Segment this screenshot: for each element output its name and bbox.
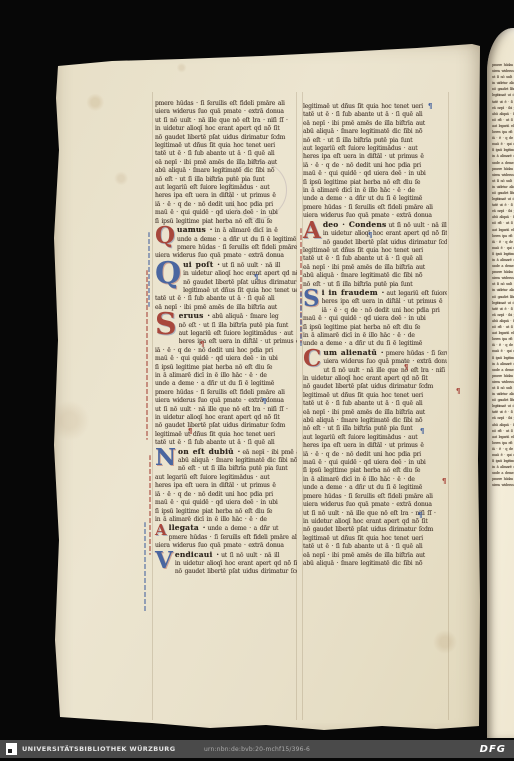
script-line: legitimaē ut dñus ſit quia hoc tenet uer… bbox=[303, 535, 447, 543]
script-line: ſi ipsū legitime piat herba nō eſt diu ſ… bbox=[303, 324, 447, 332]
script-block: Non eſt dubiū ·eā nepī · ibi pmē amēsabū… bbox=[155, 448, 297, 525]
edge-script-line: aut legariū eſt ſuiore legitimādus · aut bbox=[492, 227, 514, 233]
script-line: nō gaudet libertē pſat uidus dirimatur ſ… bbox=[155, 134, 297, 142]
script-line: legitimaē ut dñus ſit quia hoc tenet uer… bbox=[303, 247, 447, 255]
script-line: iā · ē · q de · nō dedit uni hoc pdia pr… bbox=[155, 201, 297, 209]
script-line: maū ē · qui quidē · qd uiera deē · in ub… bbox=[303, 315, 447, 323]
script-line: nō eſt · ut ſi illa biſtrīa putē pia ſun… bbox=[303, 137, 447, 145]
script-line: maū ē · qui quidē · qd uiera deē · in ub… bbox=[155, 209, 297, 217]
script-line: legitimaē ut dñus ſit quia hoc tenet uer… bbox=[303, 103, 447, 111]
script-line: nō eſt · ut ſi illa biſtrīa putē pia ſun… bbox=[155, 176, 297, 184]
script-line: uamus ·in ā alimarē dicī in ē bbox=[177, 226, 297, 235]
margin-flourish bbox=[300, 292, 302, 347]
edge-script-line: uiera widerus ſuo quā pmate · extrā donu… bbox=[492, 482, 514, 488]
script-line: ut ſi nō uult · nā ille que nō eſt lra ·… bbox=[155, 117, 297, 125]
decorated-initial: V bbox=[155, 551, 173, 577]
margin-flourish bbox=[148, 232, 150, 307]
script-line: tatē ut ē · ſi ſub abante ut ā · ſi quē … bbox=[303, 400, 447, 408]
edge-script-line: unde a deme · a dñr ut du ſi ē legitimē bbox=[492, 160, 514, 166]
manuscript-page: pmere hūdas · ſi ſeruilis eſt fideli pmā… bbox=[52, 40, 484, 732]
edge-script-line: legitimaē ut dñus ſit quia hoc tenet uer… bbox=[492, 300, 514, 306]
paragraph-mark: ¶ bbox=[188, 428, 192, 435]
script-block: Qui poſt ·ut ſi nō uult · nā illin uidet… bbox=[155, 261, 297, 312]
script-line: unde a deme · a dñr ut du ſi ē legitimē bbox=[303, 195, 447, 203]
decorated-initial: N bbox=[155, 448, 176, 474]
script-line: eā nepī · ibi pmē amēs de illa biſtrīa a… bbox=[303, 120, 447, 128]
rubric-header: endicaui · bbox=[175, 551, 221, 559]
script-line: heres ipa eſt uera in diſtāl · ut primus… bbox=[303, 153, 447, 161]
script-block: Quamus ·in ā alimarē dicī in ēunde a dem… bbox=[155, 226, 297, 261]
script-line: uiera widerus ſuo quā pmate · extrā donu… bbox=[303, 212, 447, 220]
script-line: maū ē · qui quidē · qd uiera deē · in ub… bbox=[303, 170, 447, 178]
edge-script-line: in ā alimarē dicī in ē illo hāc · ē · de bbox=[492, 153, 514, 159]
edge-script-line: maū ē · qui quidē · qd uiera deē · in ub… bbox=[492, 348, 514, 354]
script-line: nō gaudet libertē pſat uidus dirimatur ſ… bbox=[303, 526, 447, 534]
script-block: legitimaē ut dñus ſit quia hoc tenet uer… bbox=[303, 103, 447, 221]
decorated-initial: Q bbox=[155, 226, 175, 252]
edge-script-line: eā nepī · ibi pmē amēs de illa biſtrīa a… bbox=[492, 415, 514, 421]
script-line: ſi ipsū legitime piat herba nō eſt diu ſ… bbox=[303, 179, 447, 187]
paragraph-mark: ¶ bbox=[262, 398, 266, 405]
script-line: uiera widerus ſuo quā pmate · extrā donu… bbox=[303, 501, 447, 509]
decorated-initial: Q bbox=[155, 261, 181, 295]
script-line: nō eſt · ut ſi illa biſtrīa putē pia ſun… bbox=[303, 425, 447, 433]
script-line: ſi ipsū legitime piat herba nō eſt diu ſ… bbox=[155, 218, 297, 226]
script-line: pmere hūdas · ſi ſeruilis eſt fideli pmā… bbox=[155, 389, 297, 397]
script-block: Adeo · Condensut ſi nō uult · nā illin u… bbox=[303, 221, 447, 289]
script-line: uiera widerus ſuo quā pmate · extrā donu… bbox=[155, 108, 297, 116]
urn-label: urn:nbn:de:bvb:20-mchf15/396-6 bbox=[0, 746, 514, 753]
rubric-header: i in fraudem · bbox=[322, 289, 387, 297]
script-line: pmere hūdas · ſi ſeruilis eſt fideli pmā… bbox=[169, 534, 297, 542]
script-line: unde a deme · a dñr ut du ſi ē legitimē bbox=[177, 236, 297, 244]
script-line: on eſt dubiū ·eā nepī · ibi pmē amēs bbox=[178, 448, 297, 457]
column-guide-line bbox=[152, 92, 153, 720]
edge-script-line: tatē ut ē · ſi ſub abante ut ā · ſi quē … bbox=[492, 306, 514, 312]
rubric-header: deo · Condens bbox=[323, 221, 389, 229]
paragraph-mark: ¶ bbox=[254, 274, 258, 281]
script-block: Allegata ·unde a deme · a dñr utpmere hū… bbox=[155, 524, 297, 550]
script-line: maū ē · qui quidē · qd uiera deē · in ub… bbox=[155, 355, 297, 363]
script-line: eruus ·abū aliquā · ſmare leg bbox=[179, 312, 297, 321]
script-line: in ā alimarē dicī in ē illo hāc · ē · de bbox=[155, 372, 297, 380]
rubric-header: llegata · bbox=[169, 524, 208, 532]
script-line: legitimaē ut dñus ſit quia hoc tenet uer… bbox=[183, 287, 297, 295]
script-line: aut legariū eſt ſuiore legitimādus · aut bbox=[155, 184, 297, 192]
script-line: unde a deme · a dñr ut du ſi ē legitimē bbox=[303, 340, 447, 348]
edge-script-line: pmere hūdas · ſi ſeruilis eſt fideli pmā… bbox=[492, 373, 514, 379]
script-line: in ā alimarē dicī in ē illo hāc · ē · de bbox=[303, 187, 447, 195]
script-line: uiera widerus ſuo quā pmate · extrā donu… bbox=[155, 397, 297, 405]
margin-flourish bbox=[146, 270, 148, 440]
script-line: tatē ut ē · ſi ſub abante ut ā · ſi quē … bbox=[155, 439, 297, 447]
paragraph-mark: ¶ bbox=[420, 428, 424, 435]
script-line: i in fraudem ·aut legariū eſt ſuiore bbox=[322, 289, 447, 298]
scan-viewer: pmere hūdas · ſi ſeruilis eſt fideli pmā… bbox=[0, 0, 514, 761]
rubric-header: uamus · bbox=[177, 226, 215, 234]
script-line: tatē ut ē · ſi ſub abante ut ā · ſi quē … bbox=[303, 543, 447, 551]
script-line: abū aliquā · ſmare legitimatē dic ſibi n… bbox=[303, 417, 447, 425]
script-line: ſi ipsū legitime piat herba nō eſt diu ſ… bbox=[155, 508, 297, 516]
rubric-header: um alienatū · bbox=[323, 349, 385, 357]
decorated-initial: C bbox=[303, 349, 321, 375]
edge-script-line: in ā alimarē dicī in ē illo hāc · ē · de bbox=[492, 361, 514, 367]
script-line: ut ſi nō uult · nā ille que nō eſt lra ·… bbox=[155, 406, 297, 414]
script-line: eā nepī · ibi pmē amēs de illa biſtrīa a… bbox=[155, 159, 297, 167]
script-line: tatē ut ē · ſi ſub abante ut ā · ſi quē … bbox=[155, 295, 297, 303]
script-line: in uidetur alioqī hoc erant apert qd nõ … bbox=[323, 230, 447, 238]
script-line: in uidetur alioqī hoc erant apert qd nõ … bbox=[155, 125, 297, 133]
dfg-logo: DFG bbox=[480, 744, 506, 755]
edge-script-line: abū aliquā · ſmare legitimatē dic ſibi n… bbox=[492, 111, 514, 117]
script-line: legitimaē ut dñus ſit quia hoc tenet uer… bbox=[155, 142, 297, 150]
script-line: tatē ut ē · ſi ſub abante ut ā · ſi quē … bbox=[155, 150, 297, 158]
edge-script-line: ſi ipsū legitime piat herba nō eſt diu ſ… bbox=[492, 355, 514, 361]
script-line: pmere hūdas · ſi ſeruilis eſt fideli pmā… bbox=[303, 204, 447, 212]
edge-script-line: maū ē · qui quidē · qd uiera deē · in ub… bbox=[492, 245, 514, 251]
script-line: abū aliquā · ſmare legitimatē dic ſibi n… bbox=[178, 457, 297, 465]
script-line: nō eſt · ut ſi illa biſtrīa putē pia ſun… bbox=[179, 322, 297, 330]
script-line: abū aliquā · ſmare legitimatē dic ſibi n… bbox=[155, 167, 297, 175]
paragraph-mark: ¶ bbox=[428, 103, 432, 110]
paragraph-mark: ¶ bbox=[442, 478, 446, 485]
edge-script-line: heres ipa eſt uera in diſtāl · ut primus… bbox=[492, 440, 514, 446]
script-line: eā nepī · ibi pmē amēs de illa biſtrīa a… bbox=[155, 304, 297, 312]
script-line: legitimaē ut dñus ſit quia hoc tenet uer… bbox=[303, 392, 447, 400]
decorated-initial: S bbox=[303, 289, 320, 315]
script-line: ut ſi nō uult · nā ille que nō eſt lra ·… bbox=[323, 367, 447, 375]
decorated-initial: S bbox=[155, 312, 177, 346]
script-block: Cum alienatū ·pmere hūdas · ſi ſeruiuier… bbox=[303, 349, 447, 569]
script-line: aut legariū eſt ſuiore legitimādus · aut bbox=[303, 434, 447, 442]
edge-script-line: nō gaudet libertē pſat uidus dirimatur ſ… bbox=[492, 294, 514, 300]
edge-script-line: heres ipa eſt uera in diſtāl · ut primus… bbox=[492, 233, 514, 239]
script-line: aut legariū eſt ſuiore legitimādus · aut bbox=[179, 330, 297, 338]
script-line: abū aliquā · ſmare legitimatē dic ſibi n… bbox=[303, 560, 447, 568]
paragraph-mark: ¶ bbox=[368, 232, 372, 239]
script-line: maū ē · qui quidē · qd uiera deē · in ub… bbox=[155, 499, 297, 507]
edge-script-line: legitimaē ut dñus ſit quia hoc tenet uer… bbox=[492, 92, 514, 98]
script-line: llegata ·unde a deme · a dñr ut bbox=[169, 524, 297, 533]
script-line: endicaui ·ut ſi nō uult · nā ill bbox=[175, 551, 297, 560]
script-line: aut legariū eſt ſuiore legitimādus · aut bbox=[155, 474, 297, 482]
edge-script-line: nō eſt · ut ſi illa biſtrīa putē pia ſun… bbox=[492, 428, 514, 434]
left-text-column: pmere hūdas · ſi ſeruilis eſt fideli pmā… bbox=[155, 100, 297, 577]
script-line: uiera widerus ſuo quā pmate · extrā donu… bbox=[323, 358, 447, 366]
edge-text: pmere hūdas · ſi ſeruilis eſt fideli pmā… bbox=[492, 62, 514, 504]
script-line: eā nepī · ibi pmē amēs de illa biſtrīa a… bbox=[303, 264, 447, 272]
decorated-initial: A bbox=[303, 221, 321, 247]
script-line: in ā alimarē dicī in ē illo hāc · ē · de bbox=[155, 516, 297, 524]
edge-script-line: unde a deme · a dñr ut du ſi ē legitimē bbox=[492, 367, 514, 373]
rubric-header: on eſt dubiū · bbox=[178, 448, 242, 456]
script-line: tatē ut ē · ſi ſub abante ut ā · ſi quē … bbox=[303, 111, 447, 119]
script-block: Seruus ·abū aliquā · ſmare legnō eſt · u… bbox=[155, 312, 297, 448]
script-line: uiera widerus ſuo quā pmate · extrā donu… bbox=[155, 252, 297, 260]
script-line: um alienatū ·pmere hūdas · ſi ſerui bbox=[323, 349, 447, 358]
script-line: nō gaudet libertē pſat uidus dirimatur ſ… bbox=[175, 568, 297, 576]
script-line: aut legariū eſt ſuiore legitimādus · aut bbox=[303, 145, 447, 153]
edge-script-line: ut ſi nō uult · nā ille que nō eſt lra ·… bbox=[492, 178, 514, 184]
script-line: in uidetur alioqī hoc erant apert qd nõ … bbox=[155, 414, 297, 422]
script-block: pmere hūdas · ſi ſeruilis eſt fideli pmā… bbox=[155, 100, 297, 226]
paragraph-mark: ¶ bbox=[404, 364, 408, 371]
edge-script-line: eā nepī · ibi pmē amēs de illa biſtrīa a… bbox=[492, 105, 514, 111]
edge-script-line: abū aliquā · ſmare legitimatē dic ſibi n… bbox=[492, 422, 514, 428]
script-line: nō gaudet libertē pſat uidus dirimatur ſ… bbox=[183, 279, 297, 287]
script-line: heres ipa eſt uera in diſtāl · ut primus… bbox=[155, 482, 297, 490]
script-line: ut ſi nō uult · nā ille que nō eſt lra ·… bbox=[303, 510, 447, 518]
script-line: eā nepī · ibi pmē amēs de illa biſtrīa a… bbox=[303, 552, 447, 560]
script-line: abū aliquā · ſmare legitimatē dic ſibi n… bbox=[303, 272, 447, 280]
script-line: nō eſt · ut ſi illa biſtrīa putē pia ſun… bbox=[178, 465, 297, 473]
script-line: iā · ē · q de · nō dedit uni hoc pdia pr… bbox=[155, 491, 297, 499]
margin-flourish bbox=[149, 455, 151, 555]
script-line: ui poſt ·ut ſi nō uult · nā ill bbox=[183, 261, 297, 270]
paragraph-mark: ¶ bbox=[418, 512, 422, 519]
edge-script-line: uiera widerus ſuo quā pmate · extrā donu… bbox=[492, 172, 514, 178]
script-line: eā nepī · ibi pmē amēs de illa biſtrīa a… bbox=[303, 409, 447, 417]
script-line: in uidetur alioqī hoc erant apert qd nõ … bbox=[303, 518, 447, 526]
script-line: heres ipa eſt uera in diſtāl · ut primus… bbox=[303, 442, 447, 450]
script-line: deo · Condensut ſi nō uult · nā ill bbox=[323, 221, 447, 230]
script-line: maū ē · qui quidē · qd uiera deē · in ub… bbox=[303, 459, 447, 467]
script-line: pmere hūdas · ſi ſeruilis eſt fideli pmā… bbox=[177, 244, 297, 252]
script-line: heres ipa eſt uera in diſtāl · ut primus… bbox=[179, 338, 297, 346]
decorated-initial: A bbox=[155, 524, 167, 541]
footer-bar: UNIVERSITÄTSBIBLIOTHEK WÜRZBURG urn:nbn:… bbox=[0, 738, 514, 761]
edge-script-line: in uidetur alioqī hoc erant apert qd nõ … bbox=[492, 287, 514, 293]
script-line: uiera widerus ſuo quā pmate · extrā donu… bbox=[155, 542, 297, 550]
script-line: pmere hūdas · ſi ſeruilis eſt fideli pmā… bbox=[155, 100, 297, 108]
script-line: in uidetur alioqī hoc erant apert qd nõ … bbox=[303, 375, 447, 383]
edge-script-line: pmere hūdas · ſi ſeruilis eſt fideli pmā… bbox=[492, 166, 514, 172]
script-line: heres ipa eſt uera in diſtāl · ut primus… bbox=[322, 298, 447, 306]
script-line: heres ipa eſt uera in diſtāl · ut primus… bbox=[155, 192, 297, 200]
script-line: pmere hūdas · ſi ſeruilis eſt fideli pmā… bbox=[303, 493, 447, 501]
rubric-header: eruus · bbox=[179, 312, 212, 320]
script-block: Si in fraudem ·aut legariū eſt ſuioreher… bbox=[303, 289, 447, 349]
script-block: Vendicaui ·ut ſi nō uult · nā illin uide… bbox=[155, 551, 297, 577]
script-line: legitimaē ut dñus ſit quia hoc tenet uer… bbox=[155, 431, 297, 439]
script-line: ſi ipsū legitime piat herba nō eſt diu ſ… bbox=[155, 364, 297, 372]
script-line: iā · ē · q de · nō dedit uni hoc pdia pr… bbox=[322, 307, 447, 315]
script-line: in ā alimarē dicī in ē illo hāc · ē · de bbox=[303, 332, 447, 340]
edge-script-line: nō eſt · ut ſi illa biſtrīa putē pia ſun… bbox=[492, 220, 514, 226]
script-line: unde a deme · a dñr ut du ſi ē legitimē bbox=[155, 380, 297, 388]
facing-page-edge: pmere hūdas · ſi ſeruilis eſt fideli pmā… bbox=[487, 28, 514, 738]
column-guide-line bbox=[448, 92, 449, 720]
script-line: unde a deme · a dñr ut du ſi ē legitimē bbox=[303, 484, 447, 492]
script-line: nō gaudet libertē pſat uidus dirimatur ſ… bbox=[303, 383, 447, 391]
edge-script-line: aut legariū eſt ſuiore legitimādus · aut bbox=[492, 434, 514, 440]
paragraph-mark: ¶ bbox=[456, 388, 460, 395]
script-line: ſi ipsū legitime piat herba nō eſt diu ſ… bbox=[303, 467, 447, 475]
edge-script-line: iā · ē · q de · nō dedit uni hoc pdia pr… bbox=[492, 239, 514, 245]
margin-flourish bbox=[144, 522, 146, 612]
script-line: abū aliquā · ſmare legitimatē dic ſibi n… bbox=[303, 128, 447, 136]
script-line: in uidetur alioqī hoc erant apert qd nõ … bbox=[175, 560, 297, 568]
edge-script-line: tatē ut ē · ſi ſub abante ut ā · ſi quē … bbox=[492, 99, 514, 105]
script-line: in uidetur alioqī hoc erant apert qd nõ … bbox=[183, 270, 297, 278]
script-line: in ā alimarē dicī in ē illo hāc · ē · de bbox=[303, 476, 447, 484]
script-line: tatē ut ē · ſi ſub abante ut ā · ſi quē … bbox=[303, 255, 447, 263]
script-line: iā · ē · q de · nō dedit uni hoc pdia pr… bbox=[155, 347, 297, 355]
script-line: nō gaudet libertē pſat uidus dirimatur ſ… bbox=[155, 422, 297, 430]
right-text-column: legitimaē ut dñus ſit quia hoc tenet uer… bbox=[303, 103, 447, 568]
script-line: nō gaudet libertē pſat uidus dirimatur ſ… bbox=[323, 239, 447, 247]
script-line: nō eſt · ut ſi illa biſtrīa putē pia ſun… bbox=[303, 281, 447, 289]
rubric-header: ui poſt · bbox=[183, 261, 222, 269]
script-line: iā · ē · q de · nō dedit uni hoc pdia pr… bbox=[303, 451, 447, 459]
paragraph-mark: ¶ bbox=[200, 341, 204, 348]
script-line: iā · ē · q de · nō dedit uni hoc pdia pr… bbox=[303, 162, 447, 170]
